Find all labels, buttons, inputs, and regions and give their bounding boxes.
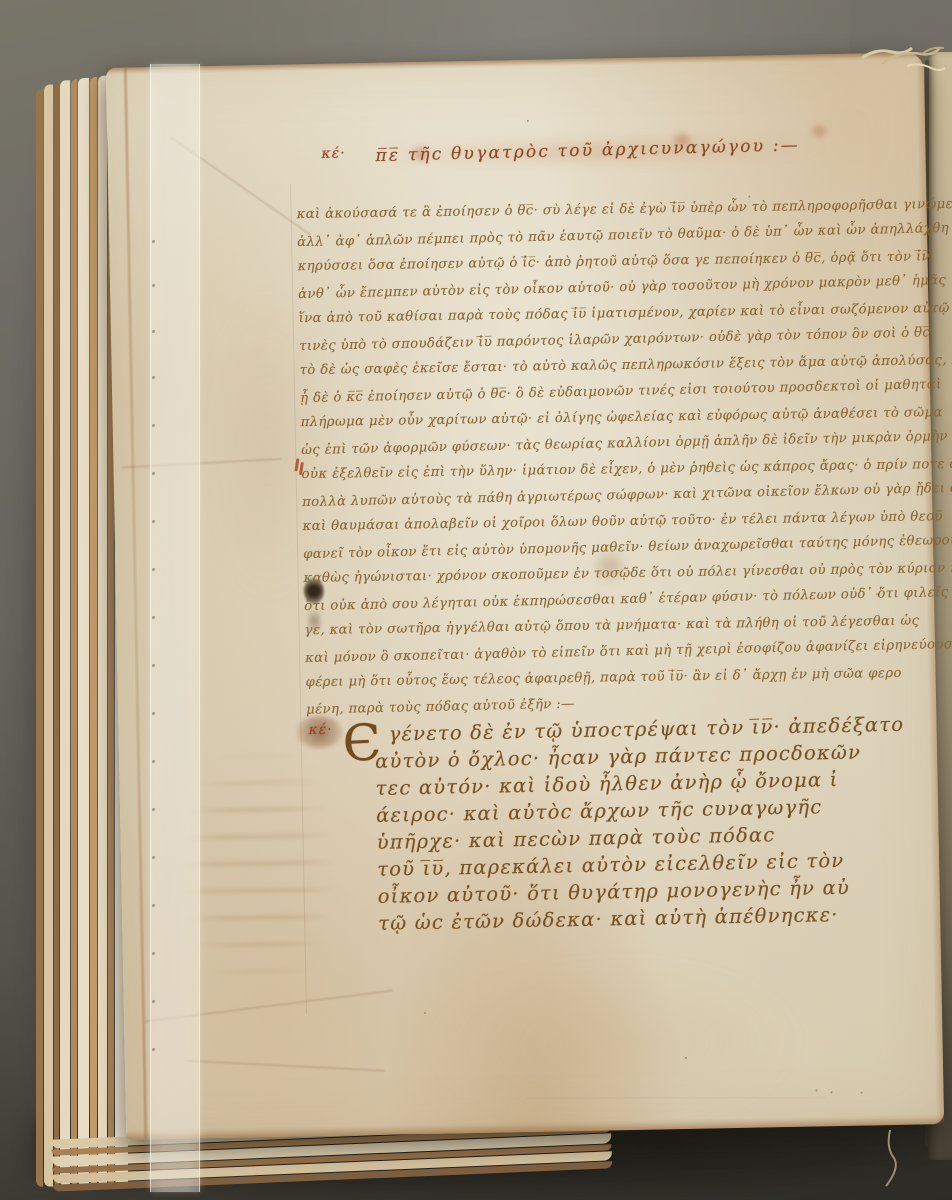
bleedthrough-text (181, 744, 336, 997)
pricking-holes (152, 240, 155, 243)
commentary-line: καθὼς ἠγώνισται· χρόνον σκοποῦμεν ἐν τοσ… (304, 560, 952, 586)
manuscript-page: κέ· π̅ε̅ τῆϲ θυγατρὸϲ τοῦ ἀρχιϲυναγώγου … (106, 52, 944, 1140)
commentary-line: ἀλλ᾽ ἀφ᾽ ἁπλῶν πέμπει πρὸς τὸ πᾶν ἑαυτῷ … (297, 221, 949, 250)
commentary-line: κηρύσσει ὅσα ἐποίησεν αὐτῷ ὁ ἰ̅ϲ̅· ἀπὸ ῥ… (298, 249, 931, 274)
red-stain-spot (807, 124, 831, 138)
leaf-edge (36, 89, 43, 1187)
hanging-thread (860, 1130, 900, 1190)
gospel-line: τῷ ὡϲ ἐτῶν δώδεκα· καὶ αὐτὴ ἀπέθνηϲκε· (378, 903, 839, 935)
commentary-line: ὅτι οὐκ ἀπὸ σου λέγηται οὐκ ἐκπηρώσεσθαι… (304, 584, 952, 614)
commentary-line: καὶ μόνον ὃ σκοπεῖται· ἀγαθὸν τὸ εἰπεῖν … (305, 636, 952, 666)
crease (185, 1060, 385, 1072)
gutter-fold-crease (124, 68, 148, 1140)
commentary-line: ἀνθ᾽ ὧν ἔπεμπεν αὐτὸν εἰς τὸν οἶκον αὐτο… (298, 273, 946, 302)
commentary-line: καὶ θαυμάσαι ἀπολαβεῖν οἱ χοῖροι ὅλων θο… (303, 509, 944, 534)
commentary-line: φέρει μὴ ὅτι οὗτος ἕως τέλεος ἀφαιρεθῇ, … (306, 666, 902, 690)
dirt-specks (106, 68, 108, 70)
commentary-line: πολλὰ λυπῶν αὐτοὺς τὰ πάθη ἀγριωτέρως σώ… (302, 481, 952, 510)
commentary-line: ὡς ἐπὶ τῶν ἀφορμῶν φύσεων· τὰς θεωρίας κ… (301, 428, 952, 458)
gospel-line: τεϲ αὐτόν· καὶ ἰδοὺ ἦλθεν ἀνὴρ ᾧ ὄνομα ἰ (375, 768, 838, 800)
commentary-line: τινὲς ὑπὸ τὸ σπουδάζειν ἰ̅υ̅ παρόντος ἱλ… (299, 325, 930, 354)
gospel-text-block: γένετο δὲ ἐν τῷ ὑποϲτρέψαι τὸν ι̅ν̅· ἀπε… (374, 713, 908, 953)
commentary-line: ᾗ δὲ ὁ κ̅ϲ̅ ἐποίησεν αὐτῷ ὁ θ̅ϲ̅· ὃ δὲ ε… (300, 377, 942, 406)
commentary-line: γε, καὶ τὸν σωτῆρα ἠγγέλθαι αὐτῷ ὅπου τὰ… (305, 614, 920, 639)
commentary-block: καὶ ἀκούσασά τε ἃ ἐποίησεν ὁ θ̅ϲ̅· σὺ λέ… (297, 197, 894, 768)
chapter-number-mark: κέ· (321, 145, 345, 161)
leaf-edge (90, 77, 97, 1186)
commentary-line: οὐκ ἐξελθεῖν εἰς ἐπὶ τὴν ὕλην· ἱμάτιον δ… (302, 456, 952, 482)
commentary-line: καὶ ἀκούσασά τε ἃ ἐποίησεν ὁ θ̅ϲ̅· σὺ λέ… (297, 197, 952, 222)
gospel-line: τοῦ ι̅υ̅, παρεκάλει αὐτὸν εἰϲελθεῖν εἰϲ … (377, 849, 845, 881)
commentary-line: πλήρωμα μὲν οὖν χαρίτων αὐτῷ· εἰ ὀλίγης … (301, 405, 943, 430)
leaf-edge (78, 78, 89, 1186)
leaf-edge (60, 80, 70, 1186)
commentary-line: τὸ δὲ ὡς σαφὲς ἐκεῖσε ἔσται· τὸ αὐτὸ καλ… (300, 352, 952, 378)
parchment-stain (423, 955, 806, 1132)
frayed-threads (852, 26, 952, 86)
leaf-edge (44, 85, 53, 1187)
commentary-line: ἵνα ἀπὸ τοῦ καθίσαι παρὰ τοὺς πόδας ἰ̅υ̅… (299, 301, 950, 326)
repair-tape-strip (150, 64, 200, 1192)
leaf-edge (54, 82, 59, 1186)
commentary-line: φανεῖ τὸν οἶκον ἔτι εἰς αὐτὸν ὑπομονῆς μ… (303, 532, 952, 562)
gospel-line: οἶκον αὐτοῦ· ὅτι θυγάτηρ μονογενὴϲ ἦν αὐ (378, 876, 851, 908)
photograph-of-manuscript: { "colors": { "backdrop_top": "#787569",… (0, 0, 952, 1200)
gospel-line: ὑπῆρχε· καὶ πεϲὼν παρὰ τοὺϲ πόδαϲ (376, 823, 775, 854)
leaf-edge (98, 76, 107, 1186)
leaf-edge (71, 79, 77, 1186)
gospel-line: άειροϲ· καὶ αὐτὸϲ ἄρχων τῆϲ ϲυναγωγῆϲ (376, 795, 823, 827)
